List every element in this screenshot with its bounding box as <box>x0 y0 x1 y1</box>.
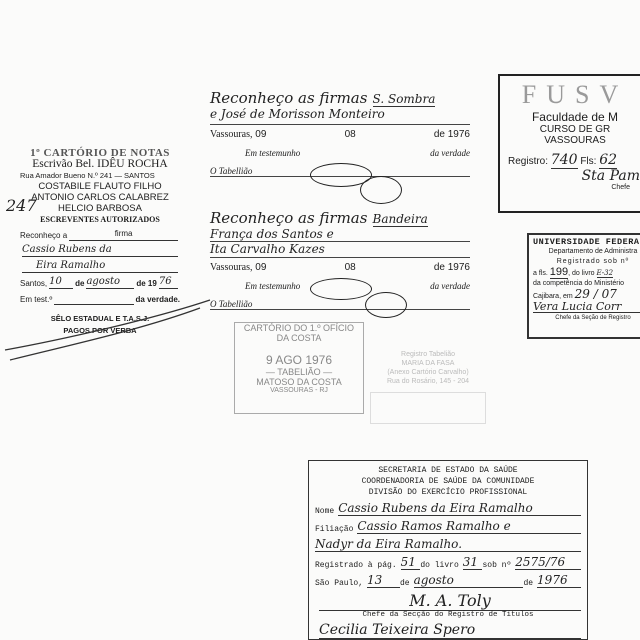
line-4: Rua do Rosário, 145 - 204 <box>370 377 486 386</box>
univ-title: UNIVERSIDADE FEDERA <box>533 237 640 247</box>
city: Vassouras, <box>210 262 253 273</box>
line-1: CARTÓRIO DO 1.º OFÍCIO <box>235 323 363 333</box>
escreventes: ESCREVENTES AUTORIZADOS <box>20 214 180 225</box>
fls-label: Fls: <box>580 156 596 167</box>
address: Rua Amador Bueno N.º 241 — SANTOS <box>20 170 180 181</box>
ano: 1976 <box>537 573 581 588</box>
day: 09 <box>255 262 266 273</box>
chefe: Chefe da Seção de Registro <box>533 313 640 323</box>
year: de 1976 <box>434 129 470 140</box>
chefe-label: Chefe da Secção do Registro de Títulos <box>309 611 587 619</box>
livro-value: E-32 <box>597 269 614 278</box>
livro-label: , do livro <box>568 270 594 277</box>
fls-value: 62 <box>599 152 617 169</box>
city: VASSOURAS <box>500 135 640 146</box>
header-2: COORDENADORIA DE SAÚDE DA COMUNIDADE <box>309 476 587 487</box>
date: 29 / 07 <box>575 287 617 301</box>
city-label: Santos, <box>20 278 47 289</box>
handwritten-name-2: Eira Ramalho <box>22 260 178 273</box>
mes: agosto <box>414 573 524 588</box>
livro-label: do livro <box>420 561 458 570</box>
filiacao-value-1: Cassio Ramos Ramalho e <box>357 519 581 534</box>
signature-loop <box>360 176 402 204</box>
departamento: Departamento de Administra <box>533 247 640 257</box>
recognition-names-2: e José de Morisson Monteiro <box>210 107 470 125</box>
registro-value: 740 <box>551 152 578 169</box>
year: de 1976 <box>434 262 470 273</box>
faculdade: Faculdade de M <box>500 110 640 124</box>
escrivao: Escrivão Bel. IDÊU ROCHA <box>20 159 180 170</box>
recognition-1: Reconheço as firmas S. Sombra e José de … <box>210 88 470 177</box>
name-1: COSTABILE FLAUTO FILHO <box>20 181 180 192</box>
em-testemunho: Em testemunho <box>245 281 300 291</box>
secretaria-stamp: SECRETARIA DE ESTADO DA SAÚDE COORDENADO… <box>308 460 588 640</box>
de-label: de <box>523 579 533 588</box>
month: 08 <box>345 262 356 273</box>
filiacao-value-2: Nadyr da Eira Ramalho. <box>315 537 581 552</box>
da-verdade: da verdade <box>430 281 470 291</box>
reconheco-label: Reconheço a <box>20 230 67 241</box>
recognition-title: Reconheço as firmas <box>210 209 367 227</box>
de-label: de <box>75 278 84 289</box>
curso: CURSO DE GR <box>500 124 640 135</box>
line-1: Registro Tabelião <box>370 350 486 359</box>
line-2: MARIA DA FASA <box>370 359 486 368</box>
recognition-names-1: Bandeira <box>373 212 428 227</box>
header-1: SECRETARIA DE ESTADO DA SAÚDE <box>309 465 587 476</box>
chefe: Chefe <box>500 184 640 191</box>
recognition-title: Reconheço as firmas <box>210 89 367 107</box>
line-2: DA COSTA <box>235 333 363 343</box>
registro-label: Registro: <box>508 156 548 167</box>
signature: Vera Lucia Corr <box>533 302 640 313</box>
name-3: HELCIO BARBOSA <box>20 203 180 214</box>
livro-value: 31 <box>463 555 483 570</box>
fls-value: 199 <box>550 266 568 279</box>
filiacao-label: Filiação <box>315 525 353 534</box>
dia: 13 <box>367 573 400 588</box>
year-label: de 19 <box>136 278 156 289</box>
signature-loop <box>365 292 407 318</box>
signature-1: M. A. Toly <box>319 591 581 611</box>
oficio-stamp: CARTÓRIO DO 1.º OFÍCIO DA COSTA 9 AGO 19… <box>234 322 364 414</box>
handwritten-name-1: Cassio Rubens da <box>22 244 178 257</box>
month: agosto <box>86 276 134 289</box>
recognition-names-2: França dos Santos e <box>210 227 470 242</box>
registrado-label: Registrado à pág. <box>315 561 397 570</box>
day: 09 <box>255 129 266 140</box>
fls-label: a fls. <box>533 270 548 277</box>
recognition-names-3: Ita Carvalho Kazes <box>210 242 470 258</box>
city: Vassouras, <box>210 129 253 140</box>
fusv-stamp: FUSV Faculdade de M CURSO DE GR VASSOURA… <box>498 74 640 213</box>
line-3: (Anexo Cartório Carvalho) <box>370 368 486 377</box>
pagina-value: 51 <box>401 555 421 570</box>
recognition-names-1: S. Sombra <box>373 92 436 107</box>
signature-2: Cecilia Teixeira Spero <box>319 622 581 639</box>
numero-value: 2575/76 <box>515 555 581 570</box>
da-verdade: da verdade <box>430 148 470 158</box>
nome-label: Nome <box>315 507 334 516</box>
line-6: VASSOURAS - RJ <box>235 387 363 394</box>
line-5: MATOSO DA COSTA <box>235 377 363 387</box>
date: 9 AGO 1976 <box>235 353 363 367</box>
universidade-stamp: UNIVERSIDADE FEDERA Departamento de Admi… <box>527 233 640 339</box>
sob-label: sob nº <box>482 561 511 570</box>
name-2: ANTONIO CARLOS CALABREZ <box>20 192 180 203</box>
signature-stroke <box>0 290 215 365</box>
faint-tabeliao-stamp: Registro Tabelião MARIA DA FASA (Anexo C… <box>370 350 486 424</box>
recognition-2: Reconheço as firmas Bandeira França dos … <box>210 208 470 310</box>
line-4: — TABELIÃO — <box>235 367 363 377</box>
de-label: de <box>400 579 410 588</box>
signature: Sta Pam <box>500 168 640 184</box>
firma-label: firma <box>69 228 178 241</box>
header-3: DIVISÃO DO EXERCÍCIO PROFISSIONAL <box>309 487 587 498</box>
signature-loop <box>310 278 372 300</box>
tabeliao-label: O Tabellião <box>210 299 470 310</box>
day: 10 <box>49 276 73 289</box>
em-testemunho: Em testemunho <box>245 148 300 158</box>
cidade: São Paulo, <box>315 579 363 588</box>
year-suffix: 76 <box>159 276 178 289</box>
month: 08 <box>345 129 356 140</box>
nome-value: Cassio Rubens da Eira Ramalho <box>338 501 581 516</box>
local: Cajibara, em <box>533 293 573 300</box>
fusv-acronym: FUSV <box>500 80 640 110</box>
